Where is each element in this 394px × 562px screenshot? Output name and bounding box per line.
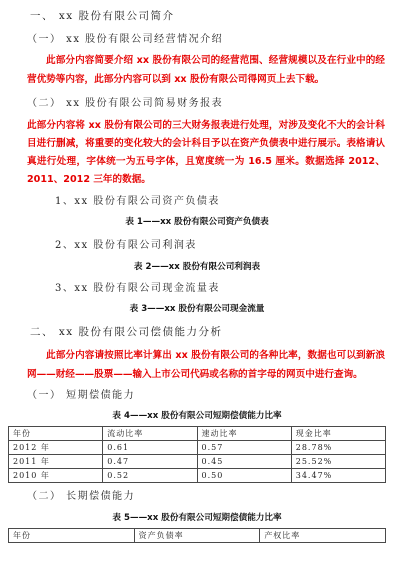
table-5-caption: 表 5——xx 股份有限公司短期偿债能力比率 xyxy=(8,513,386,524)
section-1-heading: 一、 xx 股份有限公司简介 xyxy=(30,10,386,23)
instruction-paragraph-2: 此部分内容将 xx 股份有限公司的三大财务报表进行处理，对涉及变化不大的会计科目… xyxy=(27,117,385,189)
cell-current-ratio: 0.52 xyxy=(103,469,197,483)
table-header-row: 年份 流动比率 速动比率 现金比率 xyxy=(9,427,386,441)
table-row: 2010 年 0.52 0.50 34.47% xyxy=(9,469,386,483)
cell-quick-ratio: 0.57 xyxy=(197,441,291,455)
table-row: 2012 年 0.61 0.57 28.78% xyxy=(9,441,386,455)
column-header-cash-ratio: 现金比率 xyxy=(291,427,385,441)
instruction-paragraph-1: 此部分内容简要介绍 xx 股份有限公司的经营范围、经营规模以及在行业中的经营优势… xyxy=(27,51,385,89)
table-3-caption: 表 3——xx 股份有限公司现金流量 xyxy=(8,304,386,315)
document-page: 一、 xx 股份有限公司简介 （一） xx 股份有限公司经营情况介绍 此部分内容… xyxy=(0,0,394,562)
cell-current-ratio: 0.47 xyxy=(103,455,197,469)
column-header-year: 年份 xyxy=(9,529,135,543)
subsection-1-2-heading: （二） xx 股份有限公司简易财务报表 xyxy=(27,97,386,110)
cell-cash-ratio: 25.52% xyxy=(291,455,385,469)
column-header-current-ratio: 流动比率 xyxy=(103,427,197,441)
cell-year: 2011 年 xyxy=(9,455,103,469)
item-2-heading: 2、xx 股份有限公司利润表 xyxy=(55,239,386,252)
table-4-caption: 表 4——xx 股份有限公司短期偿债能力比率 xyxy=(8,411,386,422)
short-term-solvency-table: 年份 流动比率 速动比率 现金比率 2012 年 0.61 0.57 28.78… xyxy=(8,426,386,483)
table-1-caption: 表 1——xx 股份有限公司资产负债表 xyxy=(8,217,386,228)
subsection-1-1-heading: （一） xx 股份有限公司经营情况介绍 xyxy=(27,33,386,46)
cell-quick-ratio: 0.50 xyxy=(197,469,291,483)
subsection-2-2-heading: （二） 长期偿债能力 xyxy=(27,490,386,503)
column-header-quick-ratio: 速动比率 xyxy=(197,427,291,441)
column-header-debt-asset-ratio: 资产负债率 xyxy=(134,529,260,543)
item-3-heading: 3、xx 股份有限公司现金流量表 xyxy=(55,282,386,295)
instruction-paragraph-3: 此部分内容请按照比率计算出 xx 股份有限公司的各种比率，数据也可以到新浪网——… xyxy=(27,346,385,384)
column-header-year: 年份 xyxy=(9,427,103,441)
long-term-solvency-table: 年份 资产负债率 产权比率 xyxy=(8,528,386,543)
item-1-heading: 1、xx 股份有限公司资产负债表 xyxy=(55,195,386,208)
subsection-2-1-heading: （一） 短期偿债能力 xyxy=(27,389,386,402)
cell-year: 2010 年 xyxy=(9,469,103,483)
column-header-equity-ratio: 产权比率 xyxy=(260,529,386,543)
table-2-caption: 表 2——xx 股份有限公司利润表 xyxy=(8,262,386,273)
table-row: 2011 年 0.47 0.45 25.52% xyxy=(9,455,386,469)
cell-current-ratio: 0.61 xyxy=(103,441,197,455)
table-header-row: 年份 资产负债率 产权比率 xyxy=(9,529,386,543)
cell-quick-ratio: 0.45 xyxy=(197,455,291,469)
cell-year: 2012 年 xyxy=(9,441,103,455)
section-2-heading: 二、 xx 股份有限公司偿债能力分析 xyxy=(30,326,386,339)
cell-cash-ratio: 28.78% xyxy=(291,441,385,455)
cell-cash-ratio: 34.47% xyxy=(291,469,385,483)
